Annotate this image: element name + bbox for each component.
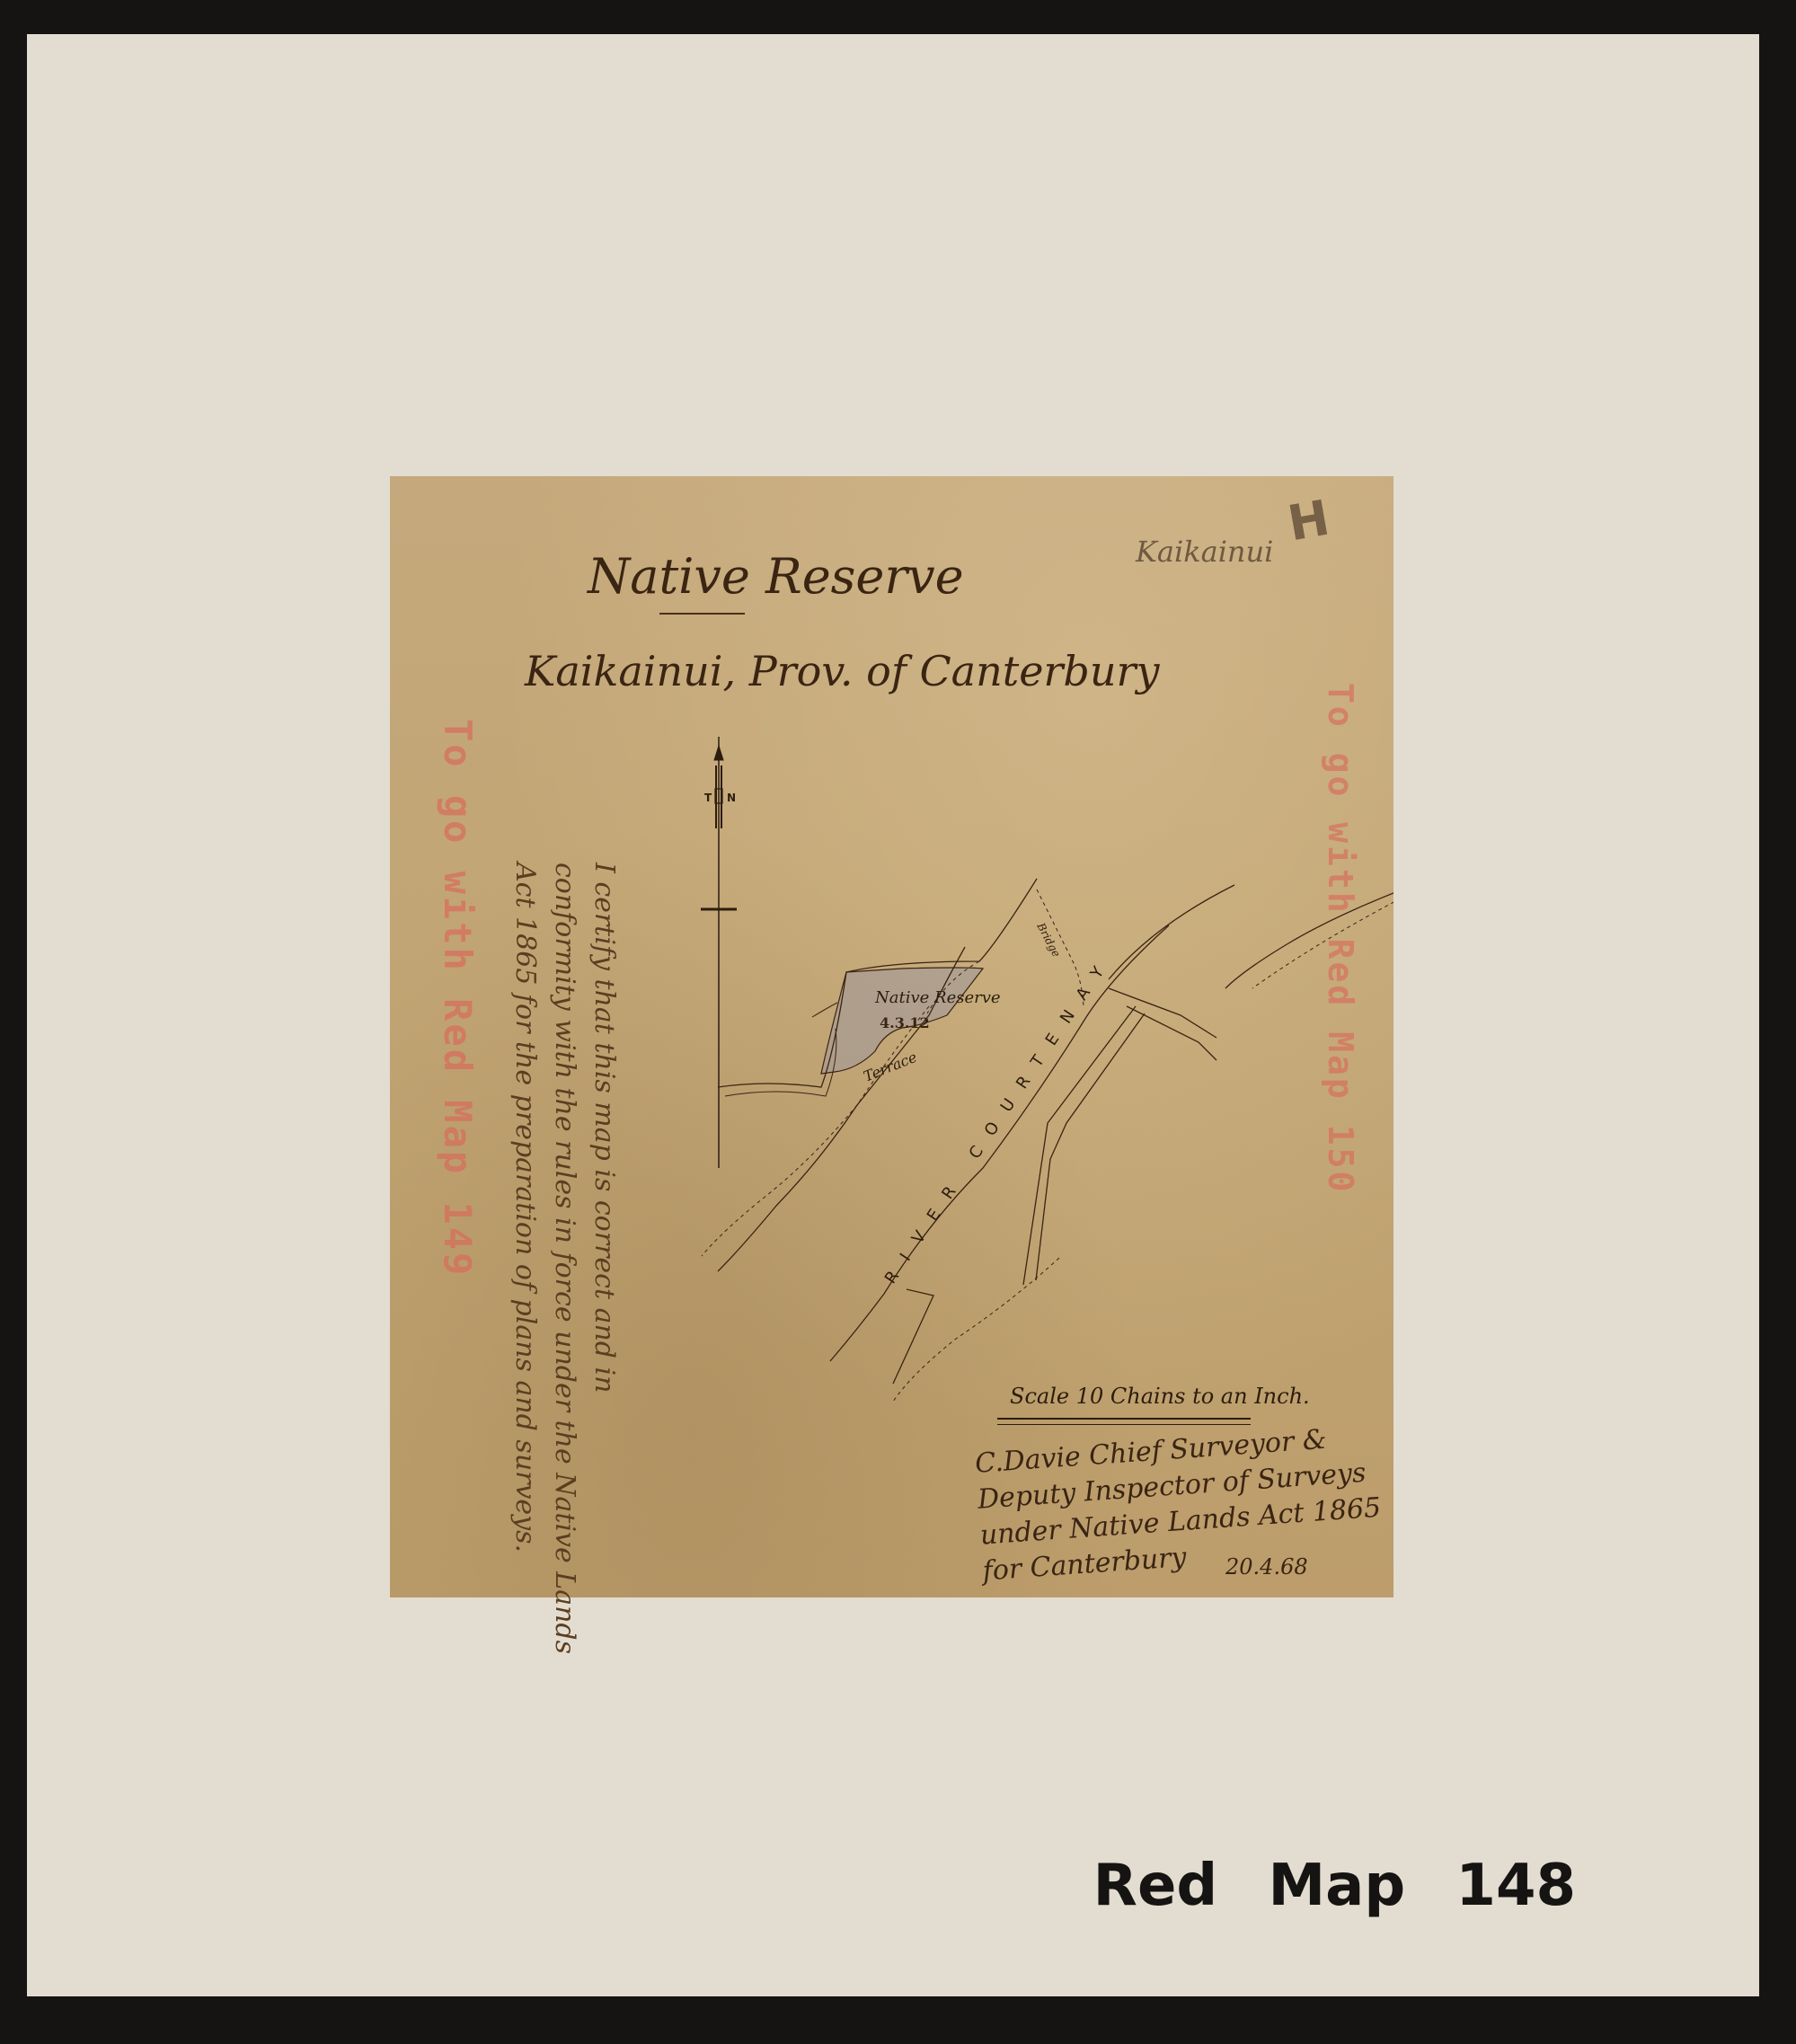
bridge-label: Bridge — [1034, 920, 1063, 960]
red-stamp-right: To go with Red Map 150 — [1321, 683, 1360, 1194]
reserve-area: 4.3.12 — [880, 1014, 930, 1031]
signature-date: 20.4.68 — [1225, 1554, 1308, 1579]
red-stamp-left: To go with Red Map 149 — [436, 719, 480, 1278]
map-title: Native Reserve — [588, 548, 964, 605]
svg-text:N: N — [727, 792, 736, 804]
reserve-label: Native Reserve — [874, 988, 1001, 1007]
corner-name: Kaikainui — [1136, 535, 1273, 569]
scale-label: Scale 10 Chains to an Inch. — [1010, 1384, 1310, 1409]
catalog-label: Red Map 148 — [1093, 1853, 1576, 1919]
map-subtitle: Kaikainui, Prov. of Canterbury — [525, 647, 1159, 695]
svg-text:T: T — [704, 792, 712, 804]
certification-text: I certify that this map is correct and i… — [505, 863, 624, 1671]
map-sheet: T N RIVER COURTENAY Terrace Native Reser… — [390, 476, 1393, 1597]
surveyor-signature: C.Davie Chief Surveyor & Deputy Inspecto… — [974, 1419, 1385, 1590]
scale-rule — [997, 1418, 1251, 1425]
title-underline — [659, 613, 745, 615]
